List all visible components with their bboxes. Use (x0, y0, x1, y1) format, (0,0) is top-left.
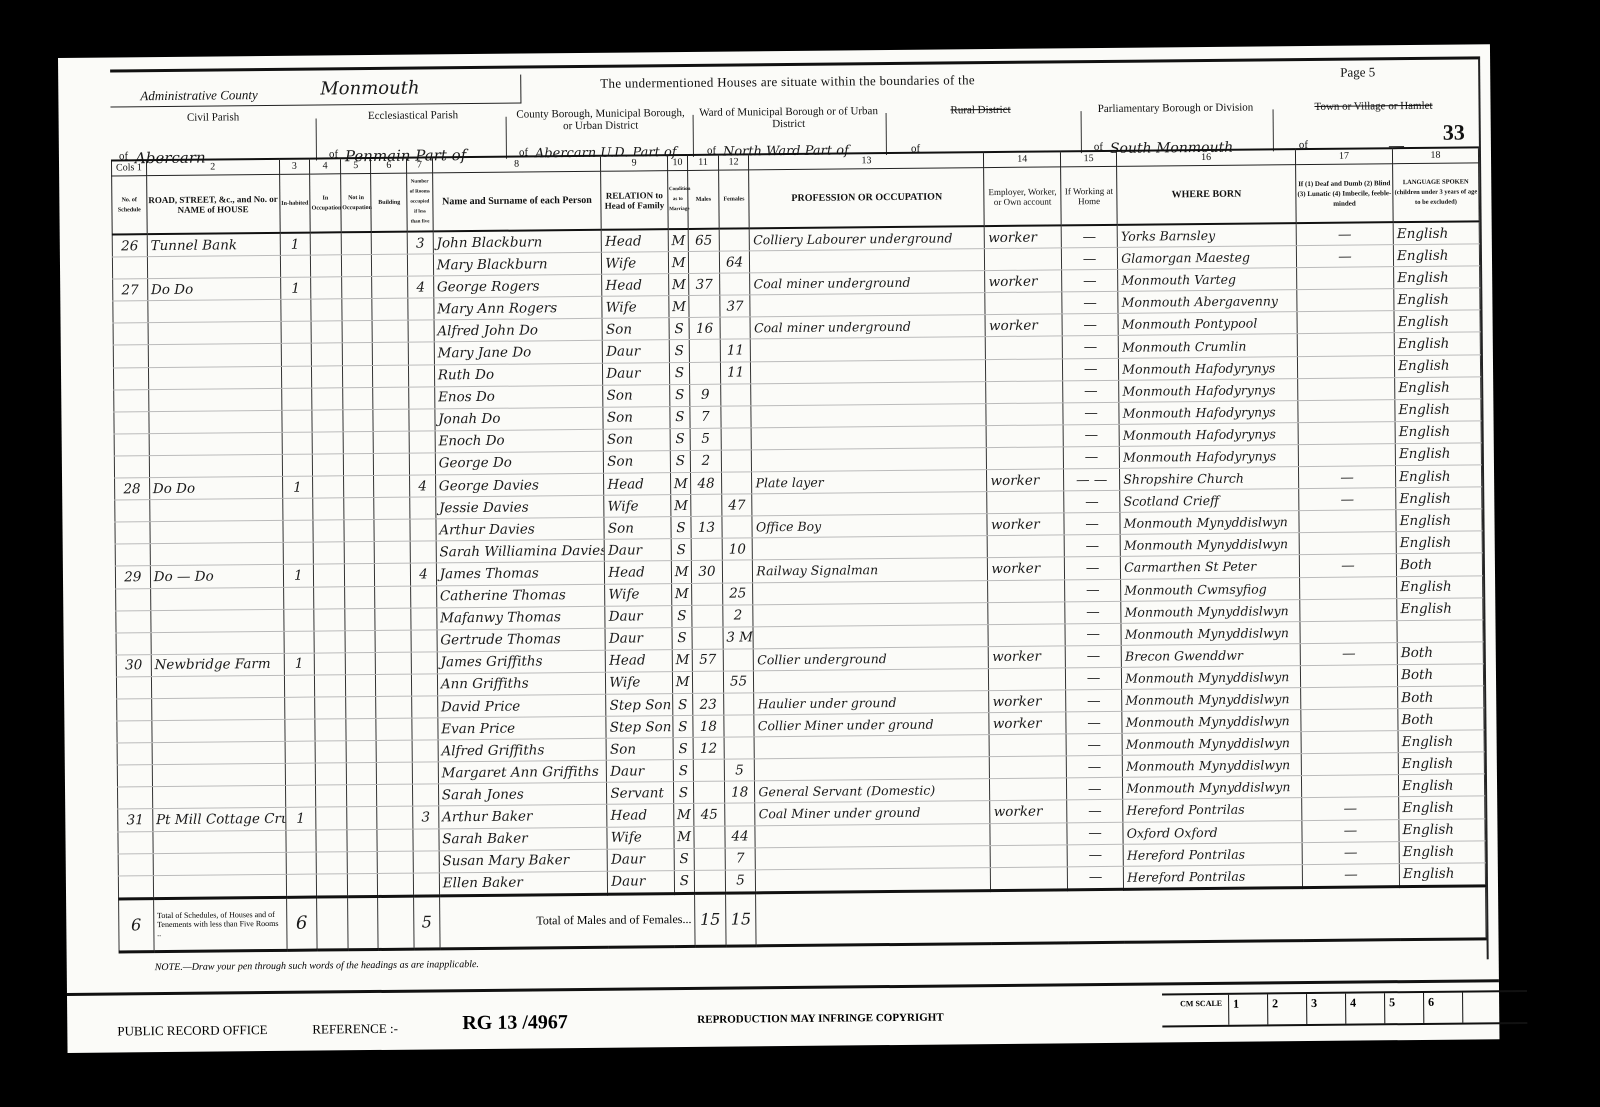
person-name: George Rogers (433, 274, 602, 298)
infirmity: — (1302, 797, 1399, 820)
where-born: Monmouth Mynyddislwyn (1122, 732, 1301, 756)
in-occupation (313, 498, 344, 520)
working-at-home: — (1061, 225, 1117, 248)
scale-tick: 3 (1306, 994, 1345, 1024)
schedule-number: 31 (118, 809, 153, 831)
where-born: Monmouth Hafodyrynys (1119, 445, 1298, 469)
occupation (751, 337, 986, 361)
in-occupation (314, 564, 345, 586)
working-at-home: — (1066, 778, 1122, 801)
employer-status: worker (987, 513, 1064, 536)
in-occupation (315, 763, 346, 785)
col-num: 18 (1392, 147, 1478, 163)
road-name (148, 366, 281, 389)
in-occupation (315, 719, 346, 741)
rooms (411, 652, 437, 674)
road-name (151, 697, 284, 720)
not-in-occupation (342, 321, 373, 343)
language: English (1396, 487, 1482, 510)
employer-status (988, 535, 1065, 558)
building (373, 343, 409, 365)
in-occupation (315, 741, 346, 763)
infirmity (1299, 532, 1396, 555)
infirmity (1298, 399, 1395, 422)
inhabited (283, 609, 314, 631)
condition: S (674, 848, 695, 870)
female-age (721, 406, 752, 428)
road-name (148, 322, 281, 345)
male-age: 12 (693, 737, 724, 759)
working-at-home: — (1065, 623, 1121, 646)
condition: S (670, 428, 691, 450)
road-name (148, 344, 281, 367)
scale-tick-empty (1462, 992, 1527, 1023)
person-name: Mary Ann Rogers (434, 297, 603, 321)
building (373, 387, 409, 409)
not-in-occupation (346, 785, 377, 807)
not-in-occupation (344, 586, 375, 608)
road-name (149, 410, 282, 433)
building (375, 564, 411, 586)
occupation: Railway Signalman (753, 558, 988, 582)
working-at-home: — (1064, 490, 1120, 513)
male-age: 2 (690, 450, 721, 472)
language: English (1393, 221, 1479, 244)
road-name: Tunnel Bank (147, 233, 280, 257)
working-at-home: — (1066, 711, 1122, 734)
relation: Daur (607, 848, 674, 871)
language: Both (1396, 553, 1482, 576)
relation: Son (604, 517, 671, 540)
building (372, 254, 408, 276)
col-num: 17 (1295, 148, 1392, 164)
scale-tick: 6 (1423, 993, 1462, 1023)
inhabited (282, 432, 313, 454)
occupation (756, 845, 991, 869)
inhabited (285, 830, 316, 852)
schedule-number (115, 544, 150, 566)
female-age: 64 (719, 251, 750, 273)
female-age: 25 (722, 582, 753, 604)
occupation: Collier Miner under ground (754, 713, 989, 737)
occupation: Coal miner underground (750, 315, 985, 339)
in-occupation (310, 232, 341, 255)
in-occupation (312, 365, 343, 387)
census-page: Administrative County Monmouth The under… (58, 44, 1499, 1053)
language: English (1399, 796, 1485, 819)
building (376, 718, 412, 740)
person-name: Sarah Jones (438, 783, 607, 807)
working-at-home: — (1067, 800, 1123, 823)
rooms (410, 497, 436, 519)
rooms (408, 254, 434, 276)
male-age (690, 362, 721, 384)
female-age (723, 649, 754, 671)
header-road: ROAD, STREET, &c., and No. or NAME of HO… (146, 174, 279, 234)
schedule-number: 26 (112, 234, 147, 257)
schedule-number (114, 389, 149, 411)
header-occupation: PROFESSION OR OCCUPATION (749, 168, 985, 229)
in-occupation (313, 454, 344, 476)
in-occupation (312, 432, 343, 454)
female-age: 55 (723, 671, 754, 693)
where-born: Monmouth Hafodyrynys (1119, 356, 1298, 380)
header-schedule: No. of Schedule (112, 176, 147, 235)
schedule-number (115, 500, 150, 522)
rooms (411, 630, 437, 652)
employer-status (991, 844, 1068, 867)
male-age (692, 605, 723, 627)
not-in-occupation (344, 564, 375, 586)
rooms: 4 (408, 276, 434, 298)
not-in-occupation (346, 719, 377, 741)
road-name (148, 300, 281, 323)
inhabited (281, 366, 312, 388)
infirmity (1297, 267, 1394, 290)
parliamentary-label: Parliamentary Borough or Division (1085, 101, 1265, 115)
road-name: Do Do (147, 278, 280, 301)
condition: M (670, 472, 691, 494)
female-age: 2 (723, 604, 754, 626)
cm-scale: CM SCALE 1 2 3 4 5 6 (1162, 990, 1527, 1028)
condition: S (669, 362, 690, 384)
rooms (414, 873, 440, 896)
inhabited (280, 255, 311, 277)
parliamentary-field: Parliamentary Borough or Division of Sou… (1085, 101, 1265, 155)
schedule-number (113, 367, 148, 389)
where-born: Shropshire Church (1120, 467, 1299, 491)
ward-field: Ward of Municipal Borough or of Urban Di… (698, 105, 878, 159)
infirmity: — (1299, 554, 1396, 577)
where-born: Monmouth Mynyddislwyn (1122, 665, 1301, 689)
male-age (692, 583, 723, 605)
condition: S (673, 715, 694, 737)
person-name: Arthur Davies (436, 517, 605, 541)
where-born: Monmouth Hafodyrynys (1119, 422, 1298, 446)
building (377, 784, 413, 806)
road-name (152, 786, 285, 809)
infirmity (1300, 665, 1397, 688)
not-in-occupation (343, 431, 374, 453)
occupation (750, 293, 985, 317)
building (372, 298, 408, 320)
schedule-number (116, 632, 151, 654)
male-age (689, 295, 720, 317)
col-num: 7 (407, 157, 433, 173)
where-born: Monmouth Mynyddislwyn (1121, 599, 1300, 623)
rooms (409, 409, 435, 431)
infirmity: — (1302, 841, 1399, 864)
male-age (689, 340, 720, 362)
not-in-occupation (346, 763, 377, 785)
male-age: 65 (688, 229, 719, 252)
header-not-in-occupation: Not in Occupation (340, 173, 371, 232)
infirmity (1301, 731, 1398, 754)
not-in-occupation (343, 476, 374, 498)
building (374, 519, 410, 541)
inhabited: 1 (282, 476, 313, 498)
county-borough-label: County Borough, Municipal Borough, or Ur… (511, 107, 691, 133)
where-born: Oxford Oxford (1123, 820, 1302, 844)
schedule-number: 29 (115, 566, 150, 588)
schedule-number (117, 743, 152, 765)
condition: S (672, 627, 693, 649)
infirmity (1300, 576, 1397, 599)
condition: M (670, 495, 691, 517)
infirmity (1301, 687, 1398, 710)
male-age: 5 (690, 428, 721, 450)
condition: S (671, 539, 692, 561)
inhabited: 1 (280, 277, 311, 299)
divider (1081, 111, 1082, 153)
relation: Daur (603, 340, 670, 363)
relation: Son (603, 384, 670, 407)
language: English (1393, 244, 1479, 267)
road-name (153, 874, 286, 898)
not-in-occupation (344, 520, 375, 542)
occupation (753, 624, 988, 648)
occupation: Coal Miner under ground (755, 801, 990, 825)
condition: S (674, 870, 695, 893)
female-age: 37 (720, 295, 751, 317)
building (377, 762, 413, 784)
divider (1273, 109, 1274, 151)
female-age (724, 803, 755, 825)
header-inhabited: In-habited (279, 174, 310, 233)
occupation: Office Boy (752, 514, 987, 538)
condition: M (668, 229, 689, 252)
language: Both (1398, 686, 1484, 709)
person-name: Margaret Ann Griffiths (438, 761, 607, 785)
condition: M (671, 583, 692, 605)
working-at-home: — (1066, 756, 1122, 779)
employer-status: worker (988, 557, 1065, 580)
occupation: Coal miner underground (750, 271, 985, 295)
where-born: Yorks Barnsley (1117, 223, 1296, 247)
condition: M (668, 252, 689, 274)
not-in-occupation (346, 741, 377, 763)
language: English (1397, 597, 1483, 620)
rooms (410, 541, 436, 563)
office-label: PUBLIC RECORD OFFICE (117, 1022, 267, 1039)
male-age: 7 (690, 406, 721, 428)
ward-label: Ward of Municipal Borough or of Urban Di… (698, 105, 878, 131)
not-in-occupation (347, 873, 378, 896)
not-in-occupation (345, 630, 376, 652)
relation: Head (605, 561, 672, 584)
relation: Head (606, 649, 673, 672)
rooms (411, 607, 437, 629)
female-age (720, 384, 751, 406)
female-age (721, 472, 752, 494)
language: Both (1397, 664, 1483, 687)
road-name (150, 587, 283, 610)
rooms (413, 828, 439, 850)
road-name (153, 830, 286, 853)
rooms: 3 (407, 231, 433, 254)
scale-tick: 1 (1228, 994, 1267, 1024)
employer-status (988, 579, 1065, 602)
schedule-number (114, 433, 149, 455)
road-name (148, 388, 281, 411)
inhabited (281, 321, 312, 343)
person-name: Ruth Do (434, 363, 603, 387)
col-num: 10 (667, 155, 688, 171)
occupation (750, 249, 985, 273)
person-name: David Price (437, 694, 606, 718)
copyright-notice: REPRODUCTION MAY INFRINGE COPYRIGHT (697, 1012, 944, 1026)
language: English (1398, 752, 1484, 775)
occupation: Haulier under ground (754, 691, 989, 715)
female-age: 5 (724, 759, 755, 781)
scale-tick: 2 (1267, 994, 1306, 1024)
male-age: 9 (690, 384, 721, 406)
in-occupation (314, 586, 345, 608)
where-born: Monmouth Mynyddislwyn (1122, 688, 1301, 712)
language: English (1395, 421, 1481, 444)
rooms (412, 674, 438, 696)
in-occupation (313, 542, 344, 564)
not-in-occupation (344, 542, 375, 564)
schedule-number (116, 588, 151, 610)
infirmity: — (1302, 819, 1399, 842)
working-at-home: — (1066, 689, 1122, 712)
relation: Daur (603, 362, 670, 385)
col-num: 16 (1117, 149, 1296, 166)
inhabited: 1 (285, 807, 316, 829)
road-name: Do Do (149, 476, 282, 499)
inhabited (282, 520, 313, 542)
col-num: 2 (146, 159, 279, 176)
header-employer: Employer, Worker, or Own account (984, 167, 1061, 226)
building (377, 807, 413, 829)
occupation (752, 448, 987, 472)
employer-status (985, 248, 1062, 271)
where-born: Hereford Pontrilas (1123, 798, 1302, 822)
condition: S (673, 760, 694, 782)
condition: S (669, 318, 690, 340)
relation: Wife (606, 672, 673, 695)
schedule-number (117, 721, 152, 743)
relation: Son (604, 451, 671, 474)
person-name: Gertrude Thomas (437, 628, 606, 652)
working-at-home: — (1064, 557, 1120, 580)
occupation: General Servant (Domestic) (755, 779, 990, 803)
infirmity: — (1299, 488, 1396, 511)
male-age (694, 781, 725, 803)
infirmity (1299, 510, 1396, 533)
relation: Wife (605, 583, 672, 606)
in-occupation (311, 299, 342, 321)
total-females: 15 (725, 893, 756, 946)
occupation (752, 425, 987, 449)
where-born: Monmouth Varteg (1118, 268, 1297, 292)
male-age (691, 538, 722, 560)
language: English (1395, 443, 1481, 466)
in-occupation (315, 675, 346, 697)
empty-cell (317, 897, 348, 950)
male-age (694, 870, 725, 893)
header-name: Name and Surname of each Person (432, 171, 601, 231)
total-males: 15 (695, 893, 726, 946)
inhabited (284, 675, 315, 697)
language: English (1398, 774, 1484, 797)
in-occupation (313, 476, 344, 498)
working-at-home: — (1066, 733, 1122, 756)
working-at-home: — (1063, 380, 1119, 403)
header-in-occupation: In Occupation (310, 174, 341, 233)
occupation (753, 536, 988, 560)
female-age (721, 428, 752, 450)
employer-status: worker (990, 800, 1067, 823)
working-at-home: — (1065, 667, 1121, 690)
rooms (412, 762, 438, 784)
in-occupation (311, 277, 342, 299)
road-name (151, 631, 284, 654)
building (372, 276, 408, 298)
inhabited (281, 410, 312, 432)
female-age: 5 (725, 870, 756, 893)
county-borough-field: County Borough, Municipal Borough, or Ur… (511, 107, 691, 161)
person-name: Evan Price (438, 716, 607, 740)
inhabited (282, 454, 313, 476)
rooms: 4 (410, 475, 436, 497)
person-name: Catherine Thomas (436, 584, 605, 608)
town-field: Town or Village or Hamlet of — (1278, 99, 1468, 153)
male-age: 23 (693, 693, 724, 715)
working-at-home: — (1065, 645, 1121, 668)
not-in-occupation (345, 652, 376, 674)
female-age (723, 693, 754, 715)
not-in-occupation (344, 498, 375, 520)
person-name: James Griffiths (437, 650, 606, 674)
boundaries-statement: The undermentioned Houses are situate wi… (600, 72, 975, 92)
infirmity (1298, 422, 1395, 445)
relation: Wife (604, 495, 671, 518)
employer-status (986, 336, 1063, 359)
working-at-home: — (1062, 270, 1118, 293)
road-name (151, 675, 284, 698)
condition: S (672, 693, 693, 715)
condition: S (671, 605, 692, 627)
employer-status (988, 601, 1065, 624)
female-age (724, 715, 755, 737)
inhabited (286, 852, 317, 874)
in-occupation (312, 410, 343, 432)
person-name: Sarah Williamina Davies (436, 540, 605, 564)
person-name: Jessie Davies (435, 495, 604, 519)
schedule-number (118, 875, 153, 898)
col-num: 11 (688, 155, 719, 171)
employer-status (986, 358, 1063, 381)
male-age: 13 (691, 516, 722, 538)
condition: S (669, 384, 690, 406)
male-age: 30 (691, 561, 722, 583)
inhabited (285, 741, 316, 763)
condition: S (671, 517, 692, 539)
not-in-occupation (345, 696, 376, 718)
male-age: 45 (694, 804, 725, 826)
person-name: George Davies (435, 473, 604, 497)
relation: Daur (604, 539, 671, 562)
building (374, 475, 410, 497)
rooms (408, 320, 434, 342)
relation: Son (603, 428, 670, 451)
building (375, 586, 411, 608)
relation: Servant (607, 782, 674, 805)
working-at-home: — (1063, 402, 1119, 425)
not-in-occupation (342, 365, 373, 387)
